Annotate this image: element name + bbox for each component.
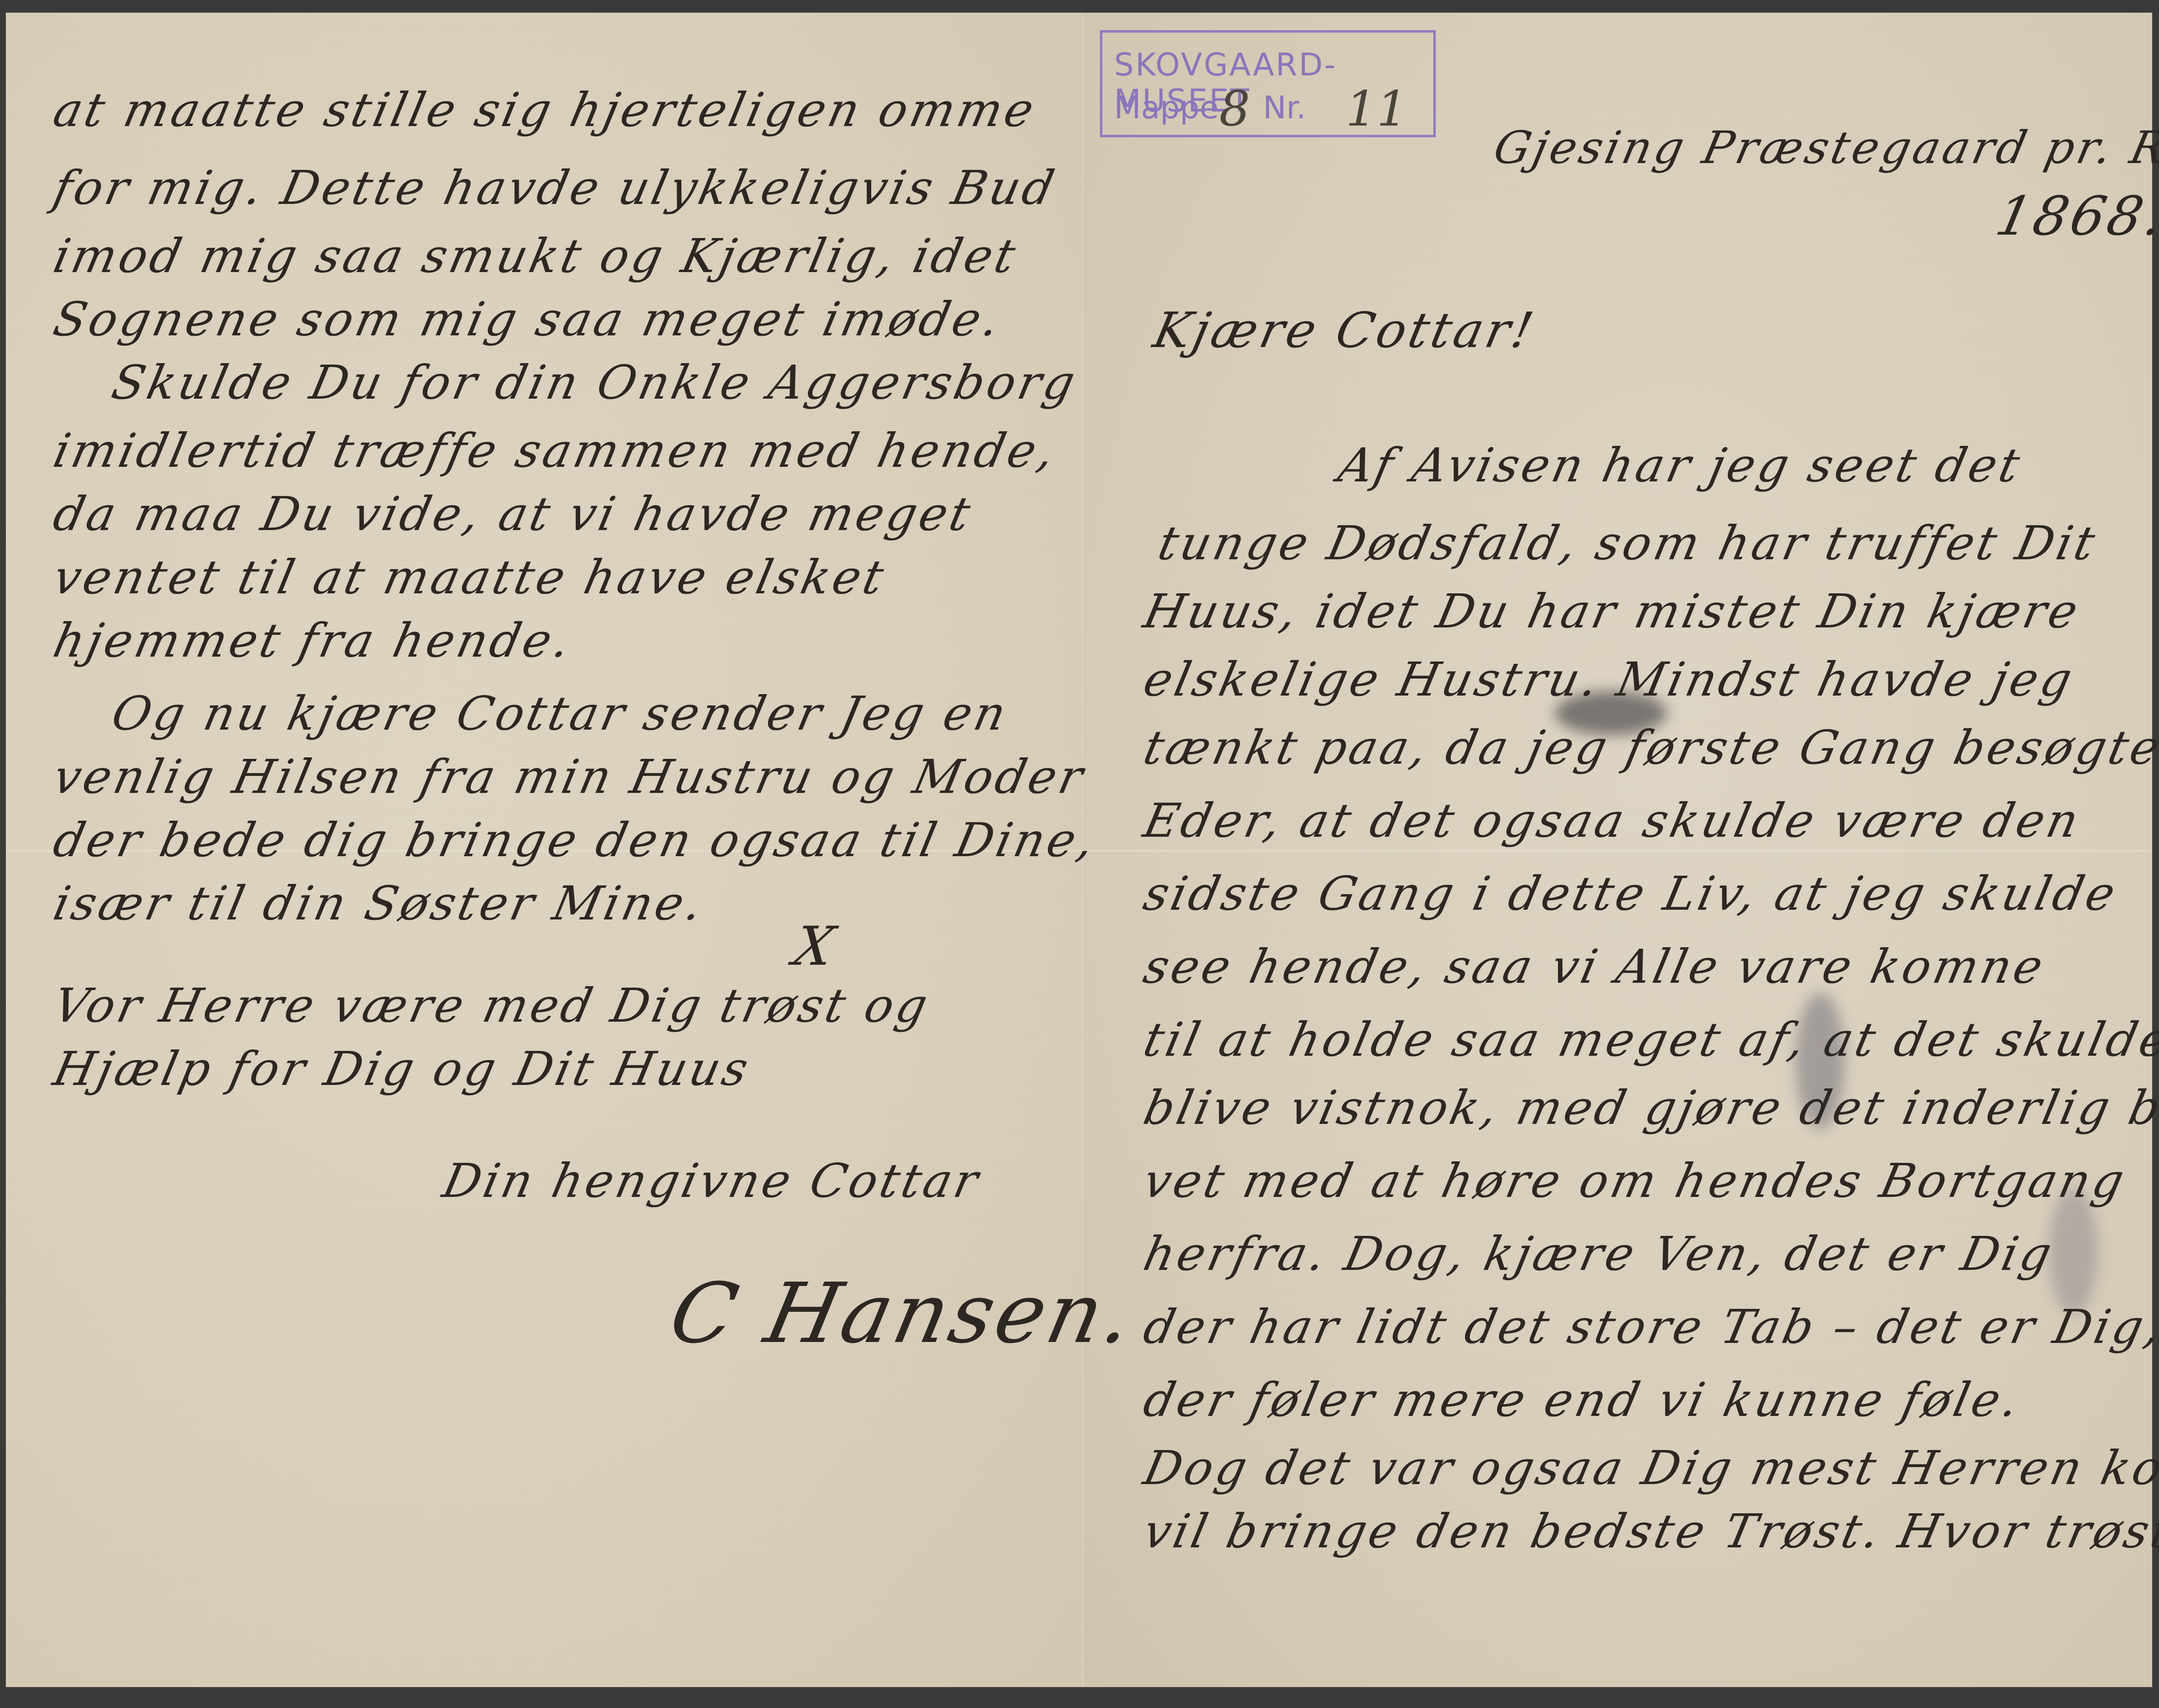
year: 1868.	[1991, 185, 2159, 247]
body-line: Hjælp for Dig og Dit Huus	[49, 1042, 756, 1096]
stamp-number-label: Nr.	[1263, 90, 1306, 126]
body-line: Vor Herre være med Dig trøst og	[49, 978, 935, 1033]
body-line: sidste Gang i dette Liv, at jeg skulde	[1139, 866, 2123, 921]
stamp-folder-label: Mappe	[1114, 90, 1219, 126]
body-line: Huus, idet Du har mistet Din kjære	[1139, 584, 2086, 639]
salutation: Kjære Cottar!	[1149, 302, 1541, 359]
body-line: imod mig saa smukt og Kjærlig, idet	[49, 229, 1023, 283]
stamp-folder-value: 8	[1219, 80, 1250, 137]
body-line: ventet til at maatte have elsket	[49, 550, 891, 605]
body-line: Skulde Du for din Onkle Aggersborg	[107, 355, 1082, 410]
body-line: imidlertid træffe sammen med hende,	[49, 423, 1062, 478]
body-line: hjemmet fra hende.	[49, 613, 578, 668]
body-line: vet med at høre om hendes Bortgang	[1139, 1154, 2132, 1208]
body-line: da maa Du vide, at vi havde meget	[49, 487, 978, 541]
body-line: see hende, saa vi Alle vare komne	[1139, 939, 2050, 994]
body-line: Eder, at det ogsaa skulde være den	[1139, 793, 2086, 848]
body-line: tænkt paa, da jeg første Gang besøgte	[1139, 720, 2159, 775]
body-line: herfra. Dog, kjære Ven, det er Dig	[1139, 1227, 2059, 1281]
place-date: Gjesing Præstegaard pr. Randers 20de Aug…	[1489, 122, 2159, 174]
body-line: der føler mere end vi kunne føle.	[1139, 1373, 2026, 1427]
stamp-number-value: 11	[1346, 80, 1408, 137]
closing: Din hengivne Cottar	[438, 1154, 986, 1208]
body-line: for mig. Dette havde ulykkeligvis Bud	[49, 161, 1061, 215]
body-line: vil bringe den bedste Trøst. Hvor trøste…	[1139, 1504, 2159, 1559]
body-line: tunge Dødsfald, som har truffet Dit	[1153, 516, 2103, 570]
body-line: især til din Søster Mine.	[49, 876, 710, 931]
body-line: der bede dig bringe den ogsaa til Dine,	[49, 813, 1102, 867]
body-line: Og nu kjære Cottar sender Jeg en	[107, 686, 1014, 741]
body-line: blive vistnok, med gjøre det inderlig be…	[1139, 1081, 2159, 1135]
body-line: der har lidt det store Tab – det er Dig,	[1139, 1300, 2159, 1354]
body-line: venlig Hilsen fra min Hustru og Moder	[49, 750, 1090, 804]
letter-scan: SKOVGAARD-MUSEET Mappe 8 Nr. 11 Gjesing …	[0, 0, 2159, 1708]
body-line: Sognene som mig saa meget imøde.	[49, 292, 1007, 347]
body-line: at maatte stille sig hjerteligen omme	[49, 83, 1042, 137]
body-line: Dog det var ogsaa Dig mest Herren kom og	[1139, 1441, 2159, 1495]
body-line: til at holde saa meget af, at det skulde	[1139, 1012, 2159, 1067]
signature: C Hansen.	[662, 1266, 1144, 1362]
museum-stamp: SKOVGAARD-MUSEET Mappe 8 Nr. 11	[1100, 30, 1436, 137]
body-line: elskelige Hustru. Mindst havde jeg	[1139, 652, 2080, 707]
body-line: Af Avisen har jeg seet det	[1334, 438, 2027, 493]
